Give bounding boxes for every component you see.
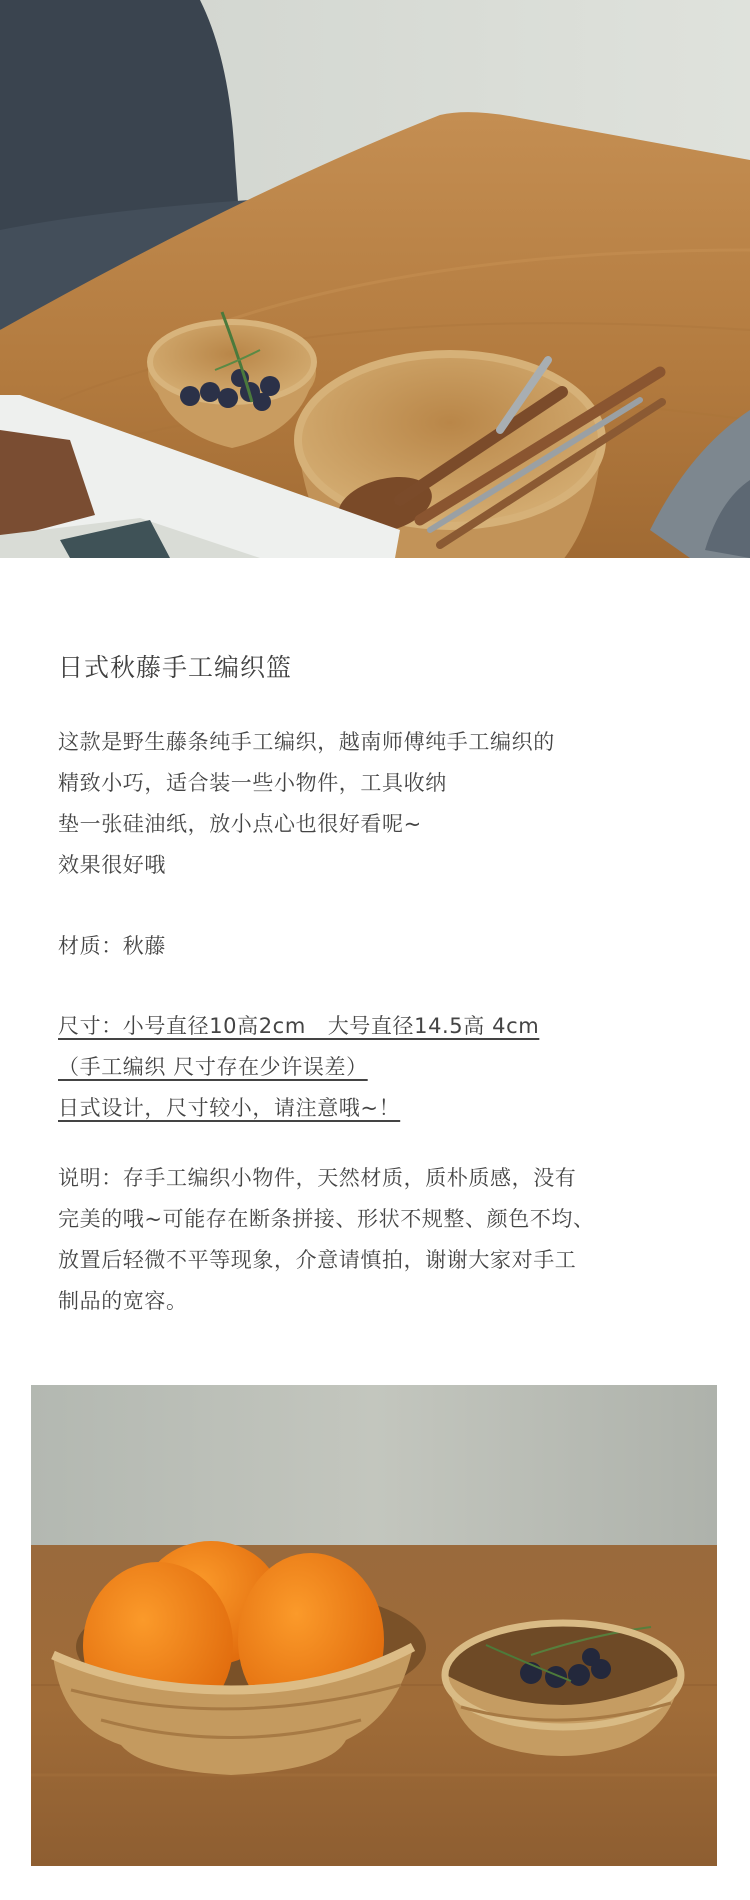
hero-photo-illustration [0,0,750,558]
bottom-product-photo [31,1385,717,1866]
intro-line: 垫一张硅油纸，放小点心也很好看呢~ [58,810,422,838]
note-line: 完美的哦~可能存在断条拼接、形状不规整、颜色不均、 [58,1205,595,1233]
hero-product-photo [0,0,750,558]
size-notice-line: 日式设计，尺寸较小，请注意哦~！ [58,1094,400,1122]
product-title: 日式秋藤手工编织篮 [58,648,292,684]
note-line: 制品的宽容。 [58,1287,188,1315]
intro-line: 效果很好哦 [58,851,166,879]
material-info: 材质：秋藤 [58,932,166,960]
size-tolerance-line: （手工编织 尺寸存在少许误差） [58,1053,368,1081]
intro-line: 这款是野生藤条纯手工编织，越南师傅纯手工编织的 [58,728,555,756]
note-line: 放置后轻微不平等现象，介意请慎拍，谢谢大家对手工 [58,1246,576,1274]
size-line: 尺寸：小号直径10高2cm 大号直径14.5高 4cm [58,1012,539,1040]
intro-line: 精致小巧，适合装一些小物件，工具收纳 [58,769,447,797]
note-line: 说明：存手工编织小物件，天然材质，质朴质感，没有 [58,1164,576,1192]
bottom-photo-illustration [31,1385,717,1866]
